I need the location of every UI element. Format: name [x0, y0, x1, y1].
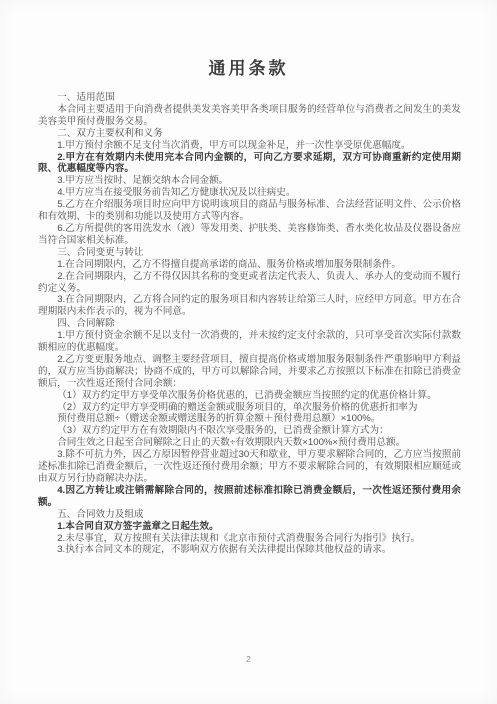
section-heading: 二、双方主要权利和义务 [38, 128, 461, 140]
section-heading: 四、合同解除 [38, 318, 461, 330]
terms-paragraph: （3）双方约定甲方在有效期限内不限次享受服务的，已消费金额计算方式为： [38, 425, 461, 437]
terms-paragraph: 3.执行本合同文本的规定，不影响双方依据有关法律提出保障其他权益的请求。 [38, 544, 461, 556]
section-heading: 五、合同效力及组成 [38, 509, 461, 521]
terms-paragraph: 3.除不可抗力外，因乙方原因暂停营业超过30天和歇业，甲方要求解除合同的，乙方应… [38, 449, 461, 485]
terms-paragraph: 3.在合同期限内，乙方将合同约定的服务项目和内容转让给第三人时，应经甲方同意。甲… [38, 294, 461, 318]
terms-paragraph: 本合同主要适用于向消费者提供美发美容美甲各类项目服务的经营单位与消费者之间发生的… [38, 104, 461, 128]
terms-paragraph: 2.未尽事宜，双方按照有关法律法规和《北京市预付式消费服务合同行为指引》执行。 [38, 533, 461, 545]
page-title: 通用条款 [0, 54, 497, 79]
terms-paragraph: （2）双方约定甲方享受明确的赠送金额或服务项目的，单次服务价格的优惠折扣率为 [38, 402, 461, 414]
terms-body: 一、适用范围本合同主要适用于向消费者提供美发美容美甲各类项目服务的经营单位与消费… [0, 92, 497, 556]
terms-paragraph: 1.甲方预付资金余额不足以支付一次消费的，并未按约定支付余款的，只可享受首次实际… [38, 330, 461, 354]
terms-paragraph: 3.甲方应当按时、足额交纳本合同金额。 [38, 175, 461, 187]
terms-paragraph: 预付费用总额÷（赠送金额或赠送服务的折算金额＋预付费用总额）×100%。 [38, 413, 461, 425]
section-heading: 一、适用范围 [38, 92, 461, 104]
terms-paragraph: 6.乙方所提供的客用洗发水（液）等发用类、护肤类、美容修饰类、香水类化妆品及仪器… [38, 223, 461, 247]
terms-paragraph: 1.在合同期限内，乙方不得擅自提高承诺的商品、服务价格或增加服务限制条件。 [38, 259, 461, 271]
contract-document-page: 通用条款 一、适用范围本合同主要适用于向消费者提供美发美容美甲各类项目服务的经营… [0, 0, 497, 704]
terms-paragraph: （1）双方约定甲方享受单次服务价格优惠的，已消费金额应当按照约定的优惠价格计算。 [38, 390, 461, 402]
terms-paragraph: 2.甲方在有效期内未使用完本合同内金额的，可向乙方要求延期，双方可协商重新约定使… [38, 152, 461, 176]
terms-paragraph: 合同生效之日起至合同解除之日止的天数÷有效期限内天数×100%×预付费用总额。 [38, 437, 461, 449]
terms-paragraph: 5.乙方在介绍服务项目时应向甲方说明该项目的商品与服务标准、合法经营证明文件、公… [38, 199, 461, 223]
section-heading: 三、合同变更与转让 [38, 247, 461, 259]
terms-paragraph: 1.本合同自双方签字盖章之日起生效。 [38, 521, 461, 533]
page-number: 2 [0, 654, 497, 664]
terms-paragraph: 2.在合同期限内，乙方不得仅因其名称的变更或者法定代表人、负责人、承办人的变动而… [38, 271, 461, 295]
terms-paragraph: 4.因乙方转让或注销需解除合同的，按照前述标准扣除已消费金额后，一次性返还预付费… [38, 485, 461, 509]
terms-paragraph: 4.甲方应当在接受服务前告知乙方健康状况及以往病史。 [38, 187, 461, 199]
terms-paragraph: 2.乙方变更服务地点、调整主要经营项目，擅自提高价格或增加服务限制条件严重影响甲… [38, 354, 461, 390]
terms-paragraph: 1.甲方预付余额不足支付当次消费，甲方可以现金补足，并一次性享受原优惠幅度。 [38, 140, 461, 152]
